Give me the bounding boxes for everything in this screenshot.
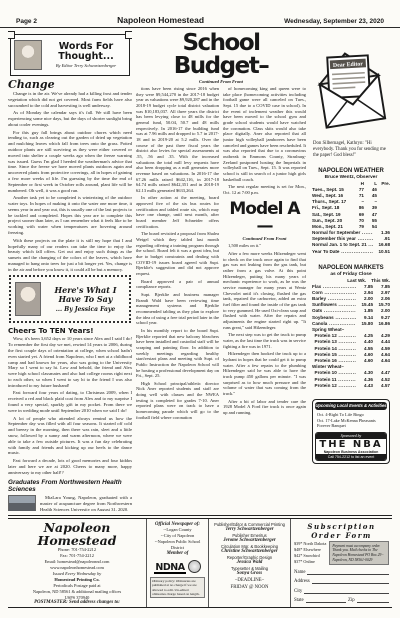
association-seal-icon <box>188 560 201 573</box>
field-label-state: State <box>294 598 304 603</box>
heres-what-i-have-to-say-box: Here's What I Have To Say ... By Jessica… <box>9 275 131 323</box>
paragraph: of homecoming king and queen were to tak… <box>223 86 306 182</box>
paragraph: A lot of people who attended always remi… <box>8 416 132 456</box>
change-article-text: Change is in the air. We've already had … <box>8 91 132 272</box>
paragraph: Fast forward a decade, lots of good memo… <box>8 458 132 475</box>
paragraph: 1,500 miles on it." <box>223 243 306 249</box>
table-cell: Protein 12 <box>312 383 356 389</box>
paragraph: The board revisited a proposal from Shal… <box>136 231 219 276</box>
right-rail: Dear Editor Don Silbernagel, Kathryn: "H… <box>312 31 390 511</box>
gift-subscriptions-note: Gift subscriptions available for all occ… <box>294 606 389 607</box>
graduates-article: MiaLara Young MiaLara Young, Napoleon, g… <box>8 495 132 511</box>
paragraph: MiaLara Young, Napoleon, graduated with … <box>40 495 132 511</box>
field-label-city: City <box>294 589 302 594</box>
weather-block: NAPOLEON WEATHER Bruce Wentz, Observer H… <box>312 168 390 255</box>
dear-editor-envelope-clipart: Dear Editor <box>312 45 390 138</box>
events-box: Upcoming Local Events & Activities Oct. … <box>312 399 390 464</box>
paragraph: After a few more weeks Hilzendeger went … <box>223 251 306 330</box>
field-label-name: Name <box>294 570 305 575</box>
masthead-staff: Publisher/Editor & Commercial Printing T… <box>208 519 290 607</box>
official-item: --Napoleon Public School District <box>150 539 205 551</box>
form-line-address: Address <box>294 579 389 584</box>
paragraph: After a bit of labor and tender care the… <box>223 399 306 416</box>
table-cell: 4.57 <box>373 383 390 389</box>
markets-subtitle: as of Friday Close <box>312 272 390 277</box>
continued-from-front-label: Continued From Front <box>136 79 306 84</box>
ndna-logo: NDNA <box>154 563 185 575</box>
column-title: Words For Thought... <box>46 42 126 62</box>
form-line-state-zip: State Zip <box>294 598 389 603</box>
school-budget-column-2: of homecoming king and queen were to tak… <box>223 86 306 422</box>
issue-date: Wednesday, September 23, 2020 <box>284 18 384 25</box>
field-label-zip: Zip <box>348 598 355 603</box>
editor-headshot-photo <box>14 40 42 70</box>
price-item: $39* North Dakota <box>294 541 326 547</box>
col-this-week: This Wk. <box>371 278 390 283</box>
table-cell: Pre. <box>377 181 390 187</box>
paragraph: tions have been rising since 2016 when t… <box>136 86 219 193</box>
table-cell: Year To Date <box>312 249 373 255</box>
words-for-thought-box: Words For Thought... By Editor Terry Sch… <box>10 34 130 76</box>
paragraph: With these projects on the plate it is s… <box>8 238 132 273</box>
paragraph: Wow, it's been 3,652 days or 10 years si… <box>8 336 132 388</box>
weather-observer: Bruce Wentz, Observer <box>312 175 390 180</box>
model-a-headline: Model A— <box>223 201 306 235</box>
paragraph: Change is in the air. We've already had … <box>8 91 132 108</box>
graduates-heading: Graduates From Northwestern Health Scien… <box>8 479 132 493</box>
weather-title: NAPOLEON WEATHER <box>312 168 390 175</box>
column-middle: School Budget– Continued From Front tion… <box>136 31 306 511</box>
zip-write-in-line <box>357 598 389 603</box>
column-byline: ... By Jessica Faye <box>46 306 125 313</box>
graduate-photo <box>8 495 36 511</box>
price-item: $37* Online <box>294 559 326 565</box>
field-label-address: Address <box>294 579 310 584</box>
col-last-week: Last Wk. <box>347 278 366 283</box>
staff-name: Sonya Gross <box>212 571 287 577</box>
paragraph: Fast forward four years of dating, to Ch… <box>8 390 132 413</box>
table-cell: 10.51 <box>373 249 390 255</box>
running-head: Page 2 Napoleon Homestead Wednesday, Sep… <box>0 0 400 28</box>
sponsor-box: Sponsored by THE NBA Napoleon Business A… <box>315 432 387 461</box>
address-write-in-line <box>312 579 389 584</box>
table-row: Protein 124.434.57 <box>312 383 390 389</box>
deadline-value: FRIDAY @ NOON <box>212 585 287 591</box>
newspaper-page: Page 2 Napoleon Homestead Wednesday, Sep… <box>0 0 400 618</box>
events-header: Upcoming Local Events & Activities <box>315 402 387 410</box>
column-left: Words For Thought... By Editor Terry Sch… <box>8 31 132 511</box>
school-budget-headline-block: School Budget– Continued From Front <box>136 31 306 84</box>
subscription-prices: $39* North Dakota $48* Elsewhere $42* Sn… <box>294 541 326 565</box>
cheers-heading: Cheers To TEN Years! <box>8 326 132 335</box>
page-number: Page 2 <box>16 18 37 25</box>
masthead-official: Official Newspaper of: --Logan County --… <box>146 519 208 607</box>
member-of-label: Member of <box>150 551 205 556</box>
form-line-name: Name <box>294 570 389 575</box>
change-heading: Change <box>8 79 132 90</box>
page-body: Words For Thought... By Editor Terry Sch… <box>0 28 400 511</box>
markets-column-headers: Last Wk. This Wk. <box>312 278 390 283</box>
column-title: Here's What I Have To Say <box>46 286 125 304</box>
column-byline: By Editor Terry Schwartzenberger <box>46 63 126 68</box>
paragraph: High School principal/athletic director … <box>136 381 219 421</box>
paragraph: In other action at the meeting, board ap… <box>136 195 219 229</box>
school-budget-column-1: tions have been rising since 2016 when t… <box>136 86 219 422</box>
markets-table: Flax7.857.85Corn2.942.97Barley2.002.06Su… <box>312 284 390 389</box>
cheers-article-text: Wow, it's been 3,652 days or 10 years si… <box>8 336 132 475</box>
paragraph: The next regular meeting is set for Mon.… <box>223 184 306 195</box>
name-write-in-line <box>307 570 389 575</box>
table-cell: 4.43 <box>356 383 373 389</box>
masthead-paper-name: Napoleon Homestead <box>11 522 143 547</box>
paragraph: Hilzendeger then hooked the truck up to … <box>223 351 306 396</box>
paragraph: The next step was to get the truck to pu… <box>223 332 306 349</box>
payment-instructions: Payment must accompany order. Thank you.… <box>329 541 389 565</box>
nba-call-line: Call 754-2212 to list an event <box>316 454 386 460</box>
state-write-in-line <box>306 598 346 603</box>
continued-from-front-label: Continued From Front <box>223 236 306 241</box>
paragraph: As of Monday the calendar says it's fall… <box>8 110 132 127</box>
subscription-title: Subscription Order Form <box>294 522 389 540</box>
weather-table: HLPre.Tues., Sept. 157746Wed., Sept. 167… <box>312 181 390 231</box>
event-item: Oct. 17-Lake McKenna Pheasants Forever B… <box>317 418 385 429</box>
subscription-form: Subscription Order Form $39* North Dakot… <box>290 519 392 607</box>
nba-logo-text: THE NBA <box>316 439 386 450</box>
paragraph: Supt. Bjerklie and business manager Bran… <box>136 292 219 326</box>
form-line-city: City <box>294 589 389 594</box>
paragraph: In his monthly report to the board Supt.… <box>136 328 219 379</box>
paragraph: Another task yet to be completed is wint… <box>8 195 132 235</box>
model-a-headline-block: Model A— Continued From Front <box>223 201 306 241</box>
city-write-in-line <box>304 589 389 594</box>
table-row: Year To Date10.51 <box>312 249 390 255</box>
graduates-article-text: MiaLara Young, Napoleon, graduated with … <box>40 495 132 511</box>
markets-title: NAPOLEON MARKETS <box>312 265 390 272</box>
paragraph: Board approved a pair of annual complian… <box>136 279 219 290</box>
paragraph: For this guy fall brings about outdoor c… <box>8 130 132 194</box>
obituary-policy-note: Obituary policy: Obituaries are publishe… <box>150 577 205 599</box>
deadline-label: –DEADLINE– <box>212 578 287 584</box>
jessica-headshot-photo <box>15 282 41 316</box>
model-a-article-text: 1,500 miles on it." After a few more wee… <box>223 243 306 415</box>
events-list: Oct. 4-Right To Life Bingo Oct. 17-Lake … <box>315 410 387 432</box>
masthead-contact: Napoleon Homestead Phone: 701-754-2212 F… <box>8 519 146 607</box>
nba-full-name: Napoleon Business Association <box>316 450 386 454</box>
weather-precip-table: Normal for September1.36September this y… <box>312 230 390 255</box>
school-budget-headline: School Budget– <box>136 32 306 78</box>
letter-to-editor-note: Don Silbernagel, Kathryn: "Hi everybody.… <box>313 141 389 160</box>
masthead: Napoleon Homestead Phone: 701-754-2212 F… <box>8 515 392 608</box>
markets-block: NAPOLEON MARKETS as of Friday Close Last… <box>312 265 390 389</box>
paper-name: Napoleon Homestead <box>117 15 204 25</box>
